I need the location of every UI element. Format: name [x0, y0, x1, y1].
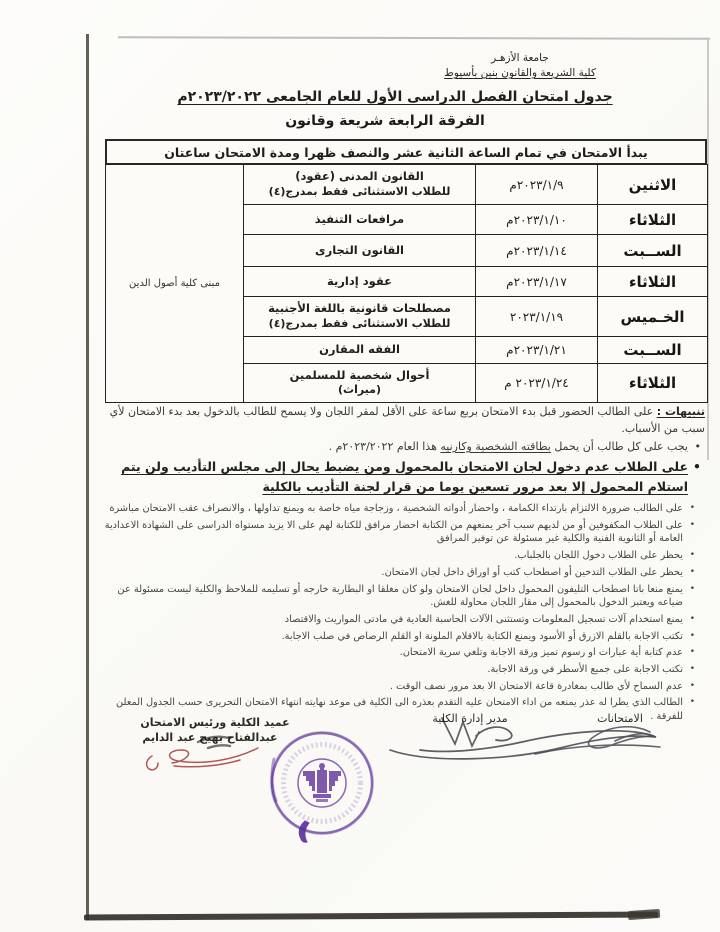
notes-intro: تنبيهات : على الطالب الحضور قبل بدء الام… — [97, 404, 705, 437]
list-item: على الطالب ضرورة الالتزام بارتداء الكمام… — [97, 502, 695, 516]
notes-intro-text: على الطالب الحضور قبل بدء الامتحان بربع … — [110, 405, 705, 435]
subject-line1: القانون المدنى (عقود) — [246, 169, 473, 185]
university-name: جامعة الأزهـر — [400, 52, 640, 64]
subject-cell: عقود إدارية — [244, 267, 476, 297]
list-item: تكتب الاجابة على جميع الأسطر في ورقة الا… — [97, 663, 695, 677]
list-item: يحظر على الطلاب التدخين أو اصطحاب كتب أو… — [97, 566, 695, 580]
day-cell: الثلاثاء — [598, 267, 708, 297]
page-bottom-edge — [84, 911, 658, 920]
subject-cell: القانون التجارى — [244, 235, 476, 267]
subject-cell: مرافعات التنفيذ — [244, 205, 476, 235]
table-row: الاثنين ٢٠٢٣/١/٩م القانون المدنى (عقود) … — [106, 165, 708, 205]
list-item: تكتب الاجابة بالقلم الازرق أو الأسود ويم… — [97, 630, 695, 644]
page-bottom-edge-shadow — [628, 909, 661, 920]
ink-smudge — [198, 737, 230, 748]
subject-line2: للطلاب الاستثنائى فقط بمدرج(٤) — [246, 317, 473, 332]
date-cell: ٢٠٢٣/١/١٩ — [476, 297, 598, 337]
list-item: يمنع استخدام آلات تسجيل المعلومات وتستثن… — [97, 613, 695, 627]
subject-line2: للطلاب الاستثنائى فقط بمدرج(٤) — [246, 185, 473, 200]
handwritten-signatures — [90, 690, 710, 810]
exam-time-banner: يبدأ الامتحان في تمام الساعة الثانية عشر… — [105, 139, 707, 165]
college-admin-signature — [390, 718, 656, 759]
list-item: يمنع منعا باتا اصطحاب التليفون المحمول د… — [97, 583, 695, 610]
day-cell: الثلاثاء — [598, 205, 708, 235]
stamp-ring-text: جامعة الأزهر ـ كلية الشريعة والقانون بأس… — [247, 707, 250, 709]
page-left-edge — [86, 34, 89, 920]
day-cell: الســبت — [598, 337, 708, 364]
day-cell: الســبت — [598, 235, 708, 267]
mobile-phone-bullet: على الطلاب عدم دخول لجان الامتحان بالمحم… — [97, 457, 701, 497]
subject-line2: (ميراث) — [246, 383, 473, 398]
list-item: عدم كتابة أية عبارات او رسوم تميز ورقة ا… — [97, 646, 695, 660]
day-cell: الخـميس — [598, 297, 708, 337]
schedule-title: جدول امتحان الفصل الدراسى الأول للعام ال… — [128, 89, 662, 105]
date-cell: ٢٠٢٣/١/٢١م — [476, 337, 598, 364]
eagle-emblem-icon — [303, 763, 341, 802]
id-card-bullet: يجب على كل طالب أن يحمل بطاقته الشخصية و… — [97, 440, 701, 453]
dean-signature — [147, 748, 258, 770]
date-cell: ٢٠٢٣/١/١٤م — [476, 235, 598, 267]
notes-section: تنبيهات : على الطالب الحضور قبل بدء الام… — [97, 404, 705, 727]
subject-cell: الفقه المقارن — [244, 337, 476, 364]
official-eagle-stamp: جامعة الأزهر ـ كلية الشريعة والقانون بأس… — [247, 707, 397, 877]
grade-subtitle: الفرقة الرابعة شريعة وقانون — [150, 113, 620, 129]
notes-heading: تنبيهات : — [657, 405, 705, 418]
id-bullet-pre: يجب على كل طالب أن يحمل — [551, 440, 688, 453]
faculty-name: كلية الشريعة والقانون بنين بأسيوط — [385, 67, 655, 79]
building-cell: مبنى كلية أصول الدين — [106, 165, 244, 403]
day-cell: الاثنين — [598, 165, 708, 205]
day-cell: الثلاثاء — [598, 364, 708, 403]
list-item: يحظر على الطلاب دخول اللجان بالجلباب. — [97, 549, 695, 563]
subject-cell: القانون المدنى (عقود) للطلاب الاستثنائى … — [244, 165, 476, 205]
subject-line1: مصطلحات قانونية باللغة الأجنبية — [246, 301, 473, 317]
list-item: على الطلاب المكفوفين أو من لديهم سبب آخر… — [97, 519, 695, 546]
subject-line1: أحوال شخصية للمسلمين — [246, 368, 473, 384]
date-cell: ٢٠٢٣/١/١٧م — [476, 267, 598, 297]
id-bullet-post: هذا العام ٢٠٢٣/٢٠٢٢م . — [329, 440, 441, 453]
date-cell: ٢٠٢٣/١/٢٤ م — [476, 364, 598, 403]
page-top-edge — [118, 36, 710, 40]
exam-schedule-table: الاثنين ٢٠٢٣/١/٩م القانون المدنى (عقود) … — [105, 164, 708, 403]
date-cell: ٢٠٢٣/١/٩م — [476, 165, 598, 205]
subject-cell: مصطلحات قانونية باللغة الأجنبية للطلاب ا… — [244, 297, 476, 337]
scanned-exam-schedule-page: جامعة الأزهـر كلية الشريعة والقانون بنين… — [0, 0, 720, 932]
id-bullet-underlined: بطاقته الشخصية وكارنيه — [440, 440, 550, 453]
date-cell: ٢٠٢٣/١/١٠م — [476, 205, 598, 235]
subject-cell: أحوال شخصية للمسلمين (ميراث) — [244, 364, 476, 403]
